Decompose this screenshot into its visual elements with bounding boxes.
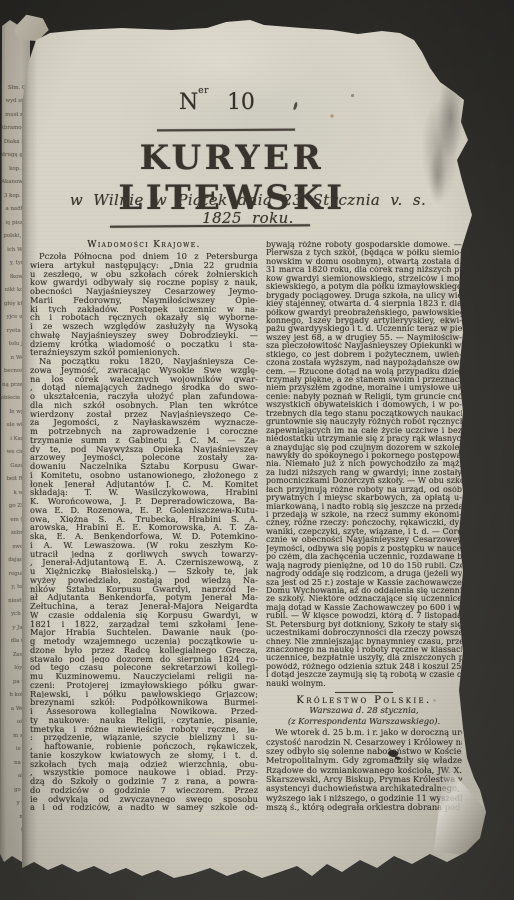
text-line: prywatnych i mieysc skarbowych, za opłat…	[266, 494, 462, 502]
paper-specks	[22, 0, 23, 1]
text-line: pomocniczkami Dozórczyń szkoły. — W obu …	[266, 477, 462, 485]
section-heading-domestic-news: Wiadomości Krajowe.	[30, 240, 258, 252]
text-line: chney. Nie zmniejszając bynaymniey czasu…	[266, 638, 462, 646]
section-text: We wtorek d. 25 b.m. i r. jako w doroczn…	[266, 728, 462, 812]
text-line: asystencyi duchowieństwa archikatedralne…	[266, 784, 462, 793]
text-line: Major Hrabia Suchtelen. Dawanie nauk (po…	[30, 628, 258, 637]
text-line: dowaniu Naczelnika Sztabu Korpusu Gwar-	[30, 462, 258, 471]
text-line: u Xiężniczkę Białosielską.) — Szkoły te,…	[30, 567, 258, 576]
section-source: (z Korrespondenta Warszawskiego).	[266, 717, 462, 727]
text-line: łach przyjmują różne roboty na urząd, od…	[266, 486, 462, 494]
text-line: St. Petersburg był dotkniony, Szkoły te …	[266, 621, 462, 629]
text-line: na los córek walecznych wojowników gwar-	[30, 375, 258, 384]
text-line: W czasie oddalenia się Korpusu Gwardyi, …	[30, 611, 258, 620]
text-line: miarkowaną, i nadto robią się jeszcze na…	[266, 503, 462, 511]
text-line: Na początku roku 1820, Nayjaśnieysza Ce-	[30, 357, 258, 366]
text-line: arzowey Jeymości, polecone zostały za-	[30, 453, 258, 462]
text-line: wyższego iak i niższego, o godzinie 11 w…	[266, 794, 462, 803]
text-line: półkow gwardyi preobrażeńskiego, pawłows…	[266, 309, 462, 317]
text-line: do rodziców o godzinie 7 wieczorem. Prze…	[30, 786, 258, 795]
text-line: konnego, 1szey brygady artylleryyskiey, …	[266, 317, 462, 325]
text-line: wyżey powiedziało, zostają pod wiedzą Na…	[30, 576, 258, 585]
text-line: ch i robotach ręcznych okazały się wybor…	[30, 313, 258, 322]
text-line: owa, Xiężna S. A. Trubecka, Hrabini S. A…	[30, 515, 258, 524]
issue-prefix: N	[179, 90, 198, 115]
text-line: : przędzenie, wiązanie, szycie bielizny …	[30, 733, 258, 742]
text-line: arowska, Hrabini E. E. Komorowska, A. T.…	[30, 523, 258, 532]
text-line: skiewskiego, a potym dla półku izmayłows…	[266, 283, 462, 291]
text-line: ze szkoły. Niektóre odznaczające się ucz…	[266, 595, 462, 603]
text-line: sza jest od 25 r.) zostaje w Kassie zach…	[266, 579, 462, 587]
text-line: o ukształcenia, raczyła ułożyć plan zafu…	[30, 392, 258, 401]
text-line: dzą do Szkoły o godzinie 7 z rana, a pow…	[30, 777, 258, 786]
text-line: dziemy krótką wiadomość o początku i sta…	[30, 340, 258, 349]
issue-superscript: er	[198, 86, 209, 96]
text-line: tanie koszykow kwiatowych ze słomy, i t.…	[30, 751, 258, 760]
text-line: wszey jest 68, a w drugiey 55. — Naymiło…	[266, 334, 462, 342]
text-line: , dotąd niemających żadnego środka do sw…	[30, 383, 258, 392]
text-line: waniki, czepczyki, szyte, wiązane, i t. …	[266, 528, 462, 536]
text-line: 1821 i 1822, zarządzał temi szkołami Jen…	[30, 620, 258, 629]
masthead-dateline: w Wilnie w Piątek dnia 23 Stycznia v. s.…	[48, 191, 448, 227]
text-line: nagrody oddaje się rodzicom, a druga (je…	[266, 570, 462, 578]
text-line: cenie: nabyły poznań w Religii, tym grun…	[266, 393, 462, 401]
text-line: brygady pociągowey. Druga szkoła, na uli…	[266, 292, 462, 300]
text-line: cznie w obecności Nayjaśnieyszey Cesarzo…	[266, 536, 462, 544]
text-line: nowskim w domu osobnym), otwartą została…	[266, 258, 462, 266]
issue-number: Ner10	[132, 86, 302, 115]
text-line: Skarszewski, Arcy Biskup, Prymas Królest…	[266, 775, 462, 784]
text-line: i ze wszech względów zasłużyły na Wysoką	[30, 322, 258, 331]
text-line: m potrzebnych na zaprowadzenie i coroczn…	[30, 427, 258, 436]
text-line: owa E. D. Rozenowa, E. P. Goleniszczewa-…	[30, 506, 258, 515]
text-line: K. Worońcowowa, J. P. Depreradowiczowa, …	[30, 497, 258, 506]
text-line: powódź, różnego odzienia sztuk 248 i kos…	[266, 663, 462, 671]
text-line: kow gwardyi siemionowskiego, strzelców i…	[266, 275, 462, 283]
text-line: sza pieczołowitość Nayjaśnieyszey Opieku…	[266, 342, 462, 350]
edge-text-fragment: Słm. C	[0, 82, 26, 96]
text-line: 31 marca 1820 roku, dla córek rang niższ…	[266, 266, 462, 274]
text-line: u zeszłego, w obu szkołach córek żołnier…	[30, 270, 258, 279]
text-line: i Komitetu, osobno ustanowionego, złożon…	[30, 471, 258, 480]
left-column-text: Pczoła Północna pod dniem 10 z Petersbur…	[30, 252, 258, 812]
text-line: teraźnieyszym szkół pomienionych.	[30, 348, 258, 357]
text-line: po czém, dla zachęcenia uczennic, rozdaw…	[266, 553, 462, 561]
text-line: a znaydując się pod czujnym dozorem w sz…	[266, 444, 462, 452]
right-column-text: bywają różne roboty gospodarskie domowe.…	[266, 241, 462, 688]
text-line: g metody wzajemnego uczenia) początkowie…	[30, 637, 258, 646]
text-line: dzone było przez Radcę kollegialnego Gre…	[30, 646, 258, 655]
text-line: wierdzony został przez Nayjaśnieyszego C…	[30, 410, 258, 419]
text-line: tmetyka i różne niewieście roboty ręczne…	[30, 725, 258, 734]
text-line: składają: T. W. Wasilczykowowa, Hrabini	[30, 488, 258, 497]
text-line: ki tych zakładów. Postępek uczennic w na…	[30, 305, 258, 314]
text-line: brezynami szkół: Podpółkownikowa Burmei-	[30, 698, 258, 707]
text-line: pażu gwardyyskiego i t. d. Uczennic tera…	[266, 325, 462, 333]
text-line: zapewniających im na całe życie uczciwe …	[266, 427, 462, 435]
text-line: Pczoła Północna pod dniem 10 z Petersbur…	[30, 252, 258, 261]
text-line: ał Adjutanta Benkendorfa, potym Jenerał …	[30, 593, 258, 602]
text-line: uczennice, bezpłatnie uszyły, dla zniszc…	[266, 654, 462, 662]
text-line: czona została wyższym, nad naypożądańsze…	[266, 359, 462, 367]
text-line: ska, E. A. Benkendorfowa, W. D. Potemkin…	[30, 532, 258, 541]
text-line: rubli. — W klęsce powodzi, którą d. 7 li…	[266, 612, 462, 620]
text-line: od tego czasu polecone sekretarzowi koll…	[30, 663, 258, 672]
text-line: dy te, pod Naywyższą Opieką Nayjaśnieysz…	[30, 445, 258, 454]
text-line: trzebnych dla tego stanu początkowych na…	[266, 410, 462, 418]
text-line: mszą ś., którą odegrała orkiestra dobran…	[266, 803, 462, 812]
text-line: szkołach tych mają odzież wierzchnią, ob…	[30, 760, 258, 769]
text-line: Pierwsza z tych szkół, (będąca w półku s…	[266, 249, 462, 257]
text-line: nia. Niemało już z nich powychodziło za …	[266, 460, 462, 468]
section-heading-kingdom-of-poland: Królestwo Polskie.	[266, 695, 462, 706]
text-line: zowa Jeymość, zwracając Wysokie Swe wzgl…	[30, 366, 258, 375]
section-divider-rule	[335, 692, 393, 693]
text-line: i Assesorowa kollegialna Nowikowa. Przed…	[30, 707, 258, 716]
text-line: Żełtuchina, a teraz Jenerał-Majora Neiga…	[30, 602, 258, 611]
text-line: Jeymości, odbywa się popis z postępku w …	[266, 545, 462, 553]
text-line: i A. W. Lewaszowa. (W roku zeszłym Ko-	[30, 541, 258, 550]
text-line: nauki wolnym.	[266, 680, 462, 688]
text-line: dla nich szkół osobnych. Plan ten wkrótc…	[30, 401, 258, 410]
text-line: We wtorek d. 25 b.m. i r. jako w doroczn…	[266, 728, 462, 737]
text-line: trzymały piękne, a ze stanem swoim i prz…	[266, 376, 462, 384]
text-line: , wszystkie pomoce naukowe i obiad. Przy…	[30, 768, 258, 777]
text-line: czeni: Protojerej izmayłowskiego półku g…	[30, 681, 258, 690]
text-line: nawykły do spokoynego i pokornego postęp…	[266, 452, 462, 460]
text-line: wają nagrody pieniężne, od 10 do 150 rub…	[266, 562, 462, 570]
text-line: niedostatku utrzymanie się z pracy rąk w…	[266, 435, 462, 443]
text-line: Rządowe do wzmiankowanego kościoła, JW. …	[266, 766, 462, 775]
text-line: Domu Wychowania, aż do oddalenia się ucz…	[266, 587, 462, 595]
text-line: mają dotąd w Kassie Zachowawczey po 600 …	[266, 604, 462, 612]
text-line: czystość narodzin N. Cesarzowey i Królow…	[266, 738, 462, 747]
text-line: , haftowanie, robienie pończoch, rękawic…	[30, 742, 258, 751]
text-line: a i od rodziców, a nadto w samey szkole …	[30, 803, 258, 812]
text-line: i dotąd jeszcze zaymują się tą robotą w …	[266, 671, 462, 679]
text-line: kiey stajenney, otwarta d. 4 sierpnia 18…	[266, 300, 462, 308]
text-line: stawało pod jego dozorem do sierpnia 182…	[30, 655, 258, 664]
text-line: Metropolitalnym. Gdy zgromadziły się wła…	[266, 756, 462, 765]
text-line: ników Sztabu Korpusu Gwardyi, naprzód Je…	[30, 585, 258, 594]
text-line: ie odwykają od zwyczaynego swego sposobu	[30, 795, 258, 804]
text-line: kow gwardyi odbywały się roczne popisy z…	[30, 278, 258, 287]
text-line: mu Kuzminowemu. Nauczycielami religii na…	[30, 672, 258, 681]
masthead-rule	[157, 129, 295, 131]
left-column: Wiadomości Krajowe. Pczoła Północna pod …	[30, 240, 258, 812]
text-line: wiera artykuł następujący: „Dnia 22 grud…	[30, 261, 258, 270]
text-line: wszystkich obywatelskich i domowych, i w…	[266, 401, 462, 409]
text-line: za ludzi niższych rang w gwardyi; inne z…	[266, 469, 462, 477]
text-line: łonek Jenerał Adjutantów J. C. M. Komite…	[30, 480, 258, 489]
text-line: , Jenerał-Adjutantową E. A. Czerniszewow…	[30, 558, 258, 567]
issue-value: 10	[227, 90, 255, 115]
text-line: Marii Fedorowny, Naymiłościwszey Opie-	[30, 296, 258, 305]
text-line: utracił jedną z gorliwych swych towarzy-	[30, 550, 258, 559]
text-line: uczestnikami dobroczynności dla rzeczy p…	[266, 629, 462, 637]
text-line: chwałę Nayjaśnieyszey swey Dobrodzieyki.…	[30, 331, 258, 340]
right-column: bywają różne roboty gospodarskie domowe.…	[266, 241, 462, 812]
text-line: Rajewski, i półku pawłowskiego Grjazcow;	[30, 690, 258, 699]
text-line: obecności Nayjaśnieyszey Cesarzowey Jeym…	[30, 287, 258, 296]
text-line: bywają różne roboty gospodarskie domowe.…	[266, 241, 462, 249]
scan-background: Słm. Cwyd sięmusł zaAbramowDiaka Ndrugą …	[0, 0, 514, 900]
text-line: znaczonego na naukę i roboty ręczne w kl…	[266, 646, 462, 654]
text-line: cem. — Rzucone dotąd na wolą przypadku d…	[266, 368, 462, 376]
text-line: i przedają w szkole, na rzecz summy ekon…	[266, 511, 462, 519]
text-line: gruntownie się nauczyły różnych robót rę…	[266, 418, 462, 426]
text-line: czney, różne rzeczy: pończochy, rękawicz…	[266, 519, 462, 527]
text-line: niem przyszłém zgodne, moralne i umysłow…	[266, 384, 462, 392]
text-line: stkiego, co jest dobrem i pożytecznem, u…	[266, 351, 462, 359]
edge-text-fragment	[0, 68, 26, 82]
text-line: trzymanie summ z Gabinetu J. C. M. — Za-	[30, 436, 258, 445]
text-line: ty naukowe: nauka Religii, czytanie, pis…	[30, 716, 258, 725]
newspaper-page: Ner10 KURYER LITEWSKI w Wilnie w Piątek …	[22, 0, 514, 900]
text-line: za Jegomości, z Nayłaskawszém wyznacze-	[30, 418, 258, 427]
text-line: szey odbyło się solenne nabożeństwo w Ko…	[266, 747, 462, 756]
